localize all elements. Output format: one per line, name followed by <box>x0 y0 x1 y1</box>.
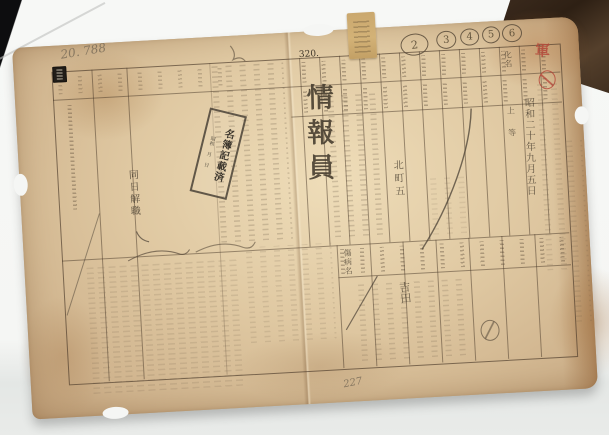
brace-stroke <box>128 249 190 261</box>
brace-stroke <box>195 242 255 252</box>
pencil-tick-mark <box>230 45 245 62</box>
long-curved-pen-stroke <box>414 109 479 250</box>
pen-stroke-marks <box>12 16 598 419</box>
diagonal-slash-stroke <box>343 276 380 330</box>
check-stroke <box>136 231 149 243</box>
diagonal-slash-stroke <box>61 213 105 315</box>
photograph-of-archival-document: 昭和 月 日 名簿記載済 20. 788 320. 2 3 4 5 6 軍 情報… <box>0 0 609 435</box>
aged-document-paper: 昭和 月 日 名簿記載済 20. 788 320. 2 3 4 5 6 軍 情報… <box>12 16 598 419</box>
